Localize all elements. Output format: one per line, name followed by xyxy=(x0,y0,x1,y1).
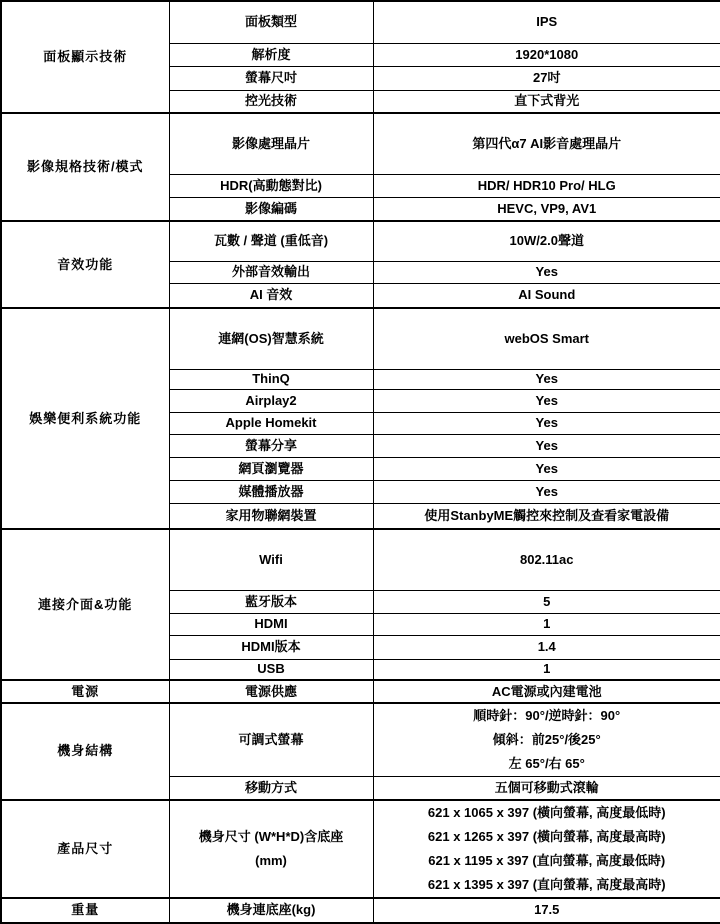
spec-label-cell: Airplay2 xyxy=(169,389,373,412)
table-row: 面板顯示技術 面板類型 IPS xyxy=(1,1,720,43)
spec-value-cell: 10W/2.0聲道 xyxy=(373,221,720,261)
spec-value-cell: IPS xyxy=(373,1,720,43)
spec-value-cell: HEVC, VP9, AV1 xyxy=(373,197,720,221)
spec-label-cell: 面板類型 xyxy=(169,1,373,43)
spec-value-cell: HDR/ HDR10 Pro/ HLG xyxy=(373,174,720,197)
spec-label-cell: 機身連底座(kg) xyxy=(169,898,373,923)
category-cell-smart: 娛樂便利系統功能 xyxy=(1,308,169,529)
spec-label-cell: 網頁瀏覽器 xyxy=(169,457,373,480)
spec-value-cell: 5 xyxy=(373,590,720,613)
value-line: 621 x 1195 x 397 (直向螢幕, 高度最低時) xyxy=(376,849,719,873)
table-row: 電源 電源供應 AC電源或內建電池 xyxy=(1,680,720,703)
spec-value-cell: AC電源或內建電池 xyxy=(373,680,720,703)
spec-value-cell: webOS Smart xyxy=(373,308,720,369)
spec-value-cell: 使用StanbyME觸控來控制及查看家電設備 xyxy=(373,503,720,529)
label-line: 機身尺寸 (W*H*D)含底座 xyxy=(172,825,371,849)
spec-label-cell: 家用物聯網裝置 xyxy=(169,503,373,529)
category-cell-video: 影像規格技術/模式 xyxy=(1,113,169,221)
spec-label-cell: 可調式螢幕 xyxy=(169,703,373,777)
spec-label-cell: Apple Homekit xyxy=(169,412,373,434)
spec-label-cell: 媒體播放器 xyxy=(169,480,373,503)
spec-label-cell: Wifi xyxy=(169,529,373,590)
spec-value-cell: 27吋 xyxy=(373,66,720,90)
spec-value-cell: 順時針：90°/逆時針：90° 傾斜：前25°/後25° 左 65°/右 65° xyxy=(373,703,720,777)
spec-label-cell: USB xyxy=(169,659,373,680)
category-cell-weight: 重量 xyxy=(1,898,169,923)
spec-value-cell: 802.11ac xyxy=(373,529,720,590)
spec-label-cell: 外部音效輸出 xyxy=(169,261,373,283)
category-cell-dimensions: 產品尺寸 xyxy=(1,800,169,898)
category-cell-connectivity: 連接介面&功能 xyxy=(1,529,169,680)
spec-label-cell: HDMI xyxy=(169,613,373,635)
spec-value-cell: Yes xyxy=(373,369,720,389)
spec-value-cell: 621 x 1065 x 397 (橫向螢幕, 高度最低時) 621 x 126… xyxy=(373,800,720,898)
spec-value-cell: Yes xyxy=(373,412,720,434)
spec-value-cell: 1 xyxy=(373,659,720,680)
spec-label-cell: AI 音效 xyxy=(169,283,373,308)
spec-value-cell: AI Sound xyxy=(373,283,720,308)
spec-label-cell: ThinQ xyxy=(169,369,373,389)
table-row: 產品尺寸 機身尺寸 (W*H*D)含底座 (mm) 621 x 1065 x 3… xyxy=(1,800,720,898)
spec-value-cell: Yes xyxy=(373,457,720,480)
table-row: 機身結構 可調式螢幕 順時針：90°/逆時針：90° 傾斜：前25°/後25° … xyxy=(1,703,720,777)
spec-label-cell: 影像編碼 xyxy=(169,197,373,221)
spec-value-cell: 五個可移動式滾輪 xyxy=(373,777,720,800)
value-line: 傾斜：前25°/後25° xyxy=(376,728,719,752)
spec-value-cell: 1 xyxy=(373,613,720,635)
spec-label-cell: HDR(高動態對比) xyxy=(169,174,373,197)
spec-value-cell: 1.4 xyxy=(373,635,720,659)
spec-label-cell: 電源供應 xyxy=(169,680,373,703)
label-line: (mm) xyxy=(172,849,371,873)
spec-label-cell: 影像處理晶片 xyxy=(169,113,373,174)
spec-label-cell: 螢幕尺吋 xyxy=(169,66,373,90)
spec-label-cell: 瓦數 / 聲道 (重低音) xyxy=(169,221,373,261)
spec-label-cell: 連網(OS)智慧系統 xyxy=(169,308,373,369)
product-spec-table: 面板顯示技術 面板類型 IPS 解析度 1920*1080 螢幕尺吋 27吋 控… xyxy=(0,0,720,924)
table-row: 影像規格技術/模式 影像處理晶片 第四代α7 AI影音處理晶片 xyxy=(1,113,720,174)
spec-value-cell: Yes xyxy=(373,434,720,457)
table-row: 重量 機身連底座(kg) 17.5 xyxy=(1,898,720,923)
spec-value-cell: 直下式背光 xyxy=(373,90,720,113)
table-row: 音效功能 瓦數 / 聲道 (重低音) 10W/2.0聲道 xyxy=(1,221,720,261)
spec-label-cell: 解析度 xyxy=(169,43,373,66)
spec-value-cell: 1920*1080 xyxy=(373,43,720,66)
spec-label-cell: 控光技術 xyxy=(169,90,373,113)
value-line: 621 x 1395 x 397 (直向螢幕, 高度最高時) xyxy=(376,873,719,897)
spec-value-cell: 17.5 xyxy=(373,898,720,923)
spec-label-cell: 移動方式 xyxy=(169,777,373,800)
spec-label-cell: HDMI版本 xyxy=(169,635,373,659)
category-cell-body-structure: 機身結構 xyxy=(1,703,169,800)
value-line: 順時針：90°/逆時針：90° xyxy=(376,704,719,728)
spec-value-cell: Yes xyxy=(373,389,720,412)
spec-value-cell: Yes xyxy=(373,480,720,503)
category-cell-audio: 音效功能 xyxy=(1,221,169,308)
value-line: 左 65°/右 65° xyxy=(376,752,719,776)
category-cell-power: 電源 xyxy=(1,680,169,703)
value-line: 621 x 1265 x 397 (橫向螢幕, 高度最高時) xyxy=(376,825,719,849)
table-row: 娛樂便利系統功能 連網(OS)智慧系統 webOS Smart xyxy=(1,308,720,369)
table-row: 連接介面&功能 Wifi 802.11ac xyxy=(1,529,720,590)
value-line: 621 x 1065 x 397 (橫向螢幕, 高度最低時) xyxy=(376,801,719,825)
spec-label-cell: 藍牙版本 xyxy=(169,590,373,613)
spec-value-cell: 第四代α7 AI影音處理晶片 xyxy=(373,113,720,174)
spec-label-cell: 螢幕分享 xyxy=(169,434,373,457)
category-cell-panel: 面板顯示技術 xyxy=(1,1,169,113)
spec-label-cell: 機身尺寸 (W*H*D)含底座 (mm) xyxy=(169,800,373,898)
spec-value-cell: Yes xyxy=(373,261,720,283)
